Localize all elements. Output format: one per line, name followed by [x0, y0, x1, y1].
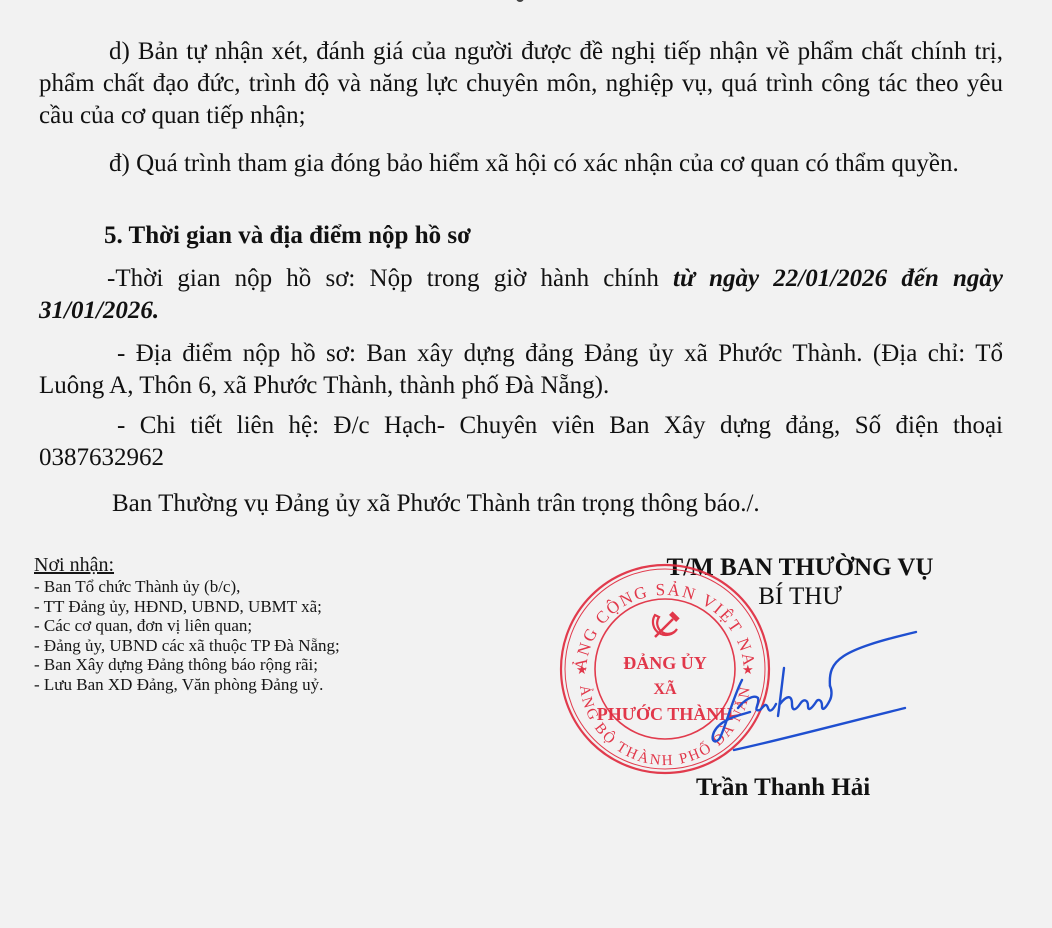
paragraph-contact: - Chi tiết liên hệ: Đ/c Hạch- Chuyên viê…	[39, 410, 1003, 474]
recipients-block: Nơi nhận: - Ban Tổ chức Thành ủy (b/c), …	[34, 553, 340, 694]
recipient-item: - TT Đảng ủy, HĐND, UBND, UBMT xã;	[34, 597, 340, 617]
time-prefix: -Thời gian nộp hồ sơ: Nộp trong giờ hành…	[107, 265, 673, 292]
recipient-item: - Lưu Ban XD Đảng, Văn phòng Đảng uỷ.	[34, 675, 340, 695]
hammer-sickle-icon	[653, 611, 680, 637]
paragraph-item-dd: đ) Quá trình tham gia đóng bảo hiểm xã h…	[39, 148, 1003, 180]
stamp-center-line-2: XÃ	[653, 679, 677, 698]
paragraph-submission-time: -Thời gian nộp hồ sơ: Nộp trong giờ hành…	[39, 263, 1003, 327]
document-page: d) Bản tự nhận xét, đánh giá của người đ…	[0, 0, 1052, 928]
cropped-text-fragment	[516, 0, 524, 2]
recipient-item: - Đảng ủy, UBND các xã thuộc TP Đà Nẵng;	[34, 636, 340, 656]
item-d-text: d) Bản tự nhận xét, đánh giá của người đ…	[39, 36, 1003, 132]
section-5-heading: 5. Thời gian và địa điểm nộp hồ sơ	[104, 222, 471, 250]
item-dd-text: đ) Quá trình tham gia đóng bảo hiểm xã h…	[39, 148, 1003, 180]
closing-statement: Ban Thường vụ Đảng ủy xã Phước Thành trâ…	[112, 490, 760, 518]
location-text: - Địa điểm nộp hồ sơ: Ban xây dựng đảng …	[39, 338, 1003, 402]
stamp-star-left-icon: ★	[576, 662, 588, 677]
recipient-item: - Ban Xây dựng Đảng thông báo rộng rãi;	[34, 655, 340, 675]
submission-time-text: -Thời gian nộp hồ sơ: Nộp trong giờ hành…	[39, 263, 1003, 327]
recipient-item: - Ban Tổ chức Thành ủy (b/c),	[34, 577, 340, 597]
paragraph-item-d: d) Bản tự nhận xét, đánh giá của người đ…	[39, 36, 1003, 132]
paragraph-location: - Địa điểm nộp hồ sơ: Ban xây dựng đảng …	[39, 338, 1003, 402]
recipients-title: Nơi nhận:	[34, 553, 340, 577]
contact-text: - Chi tiết liên hệ: Đ/c Hạch- Chuyên viê…	[39, 410, 1003, 474]
handwritten-signature	[680, 620, 920, 760]
signer-name: Trần Thanh Hải	[696, 774, 870, 802]
recipient-item: - Các cơ quan, đơn vị liên quan;	[34, 616, 340, 636]
